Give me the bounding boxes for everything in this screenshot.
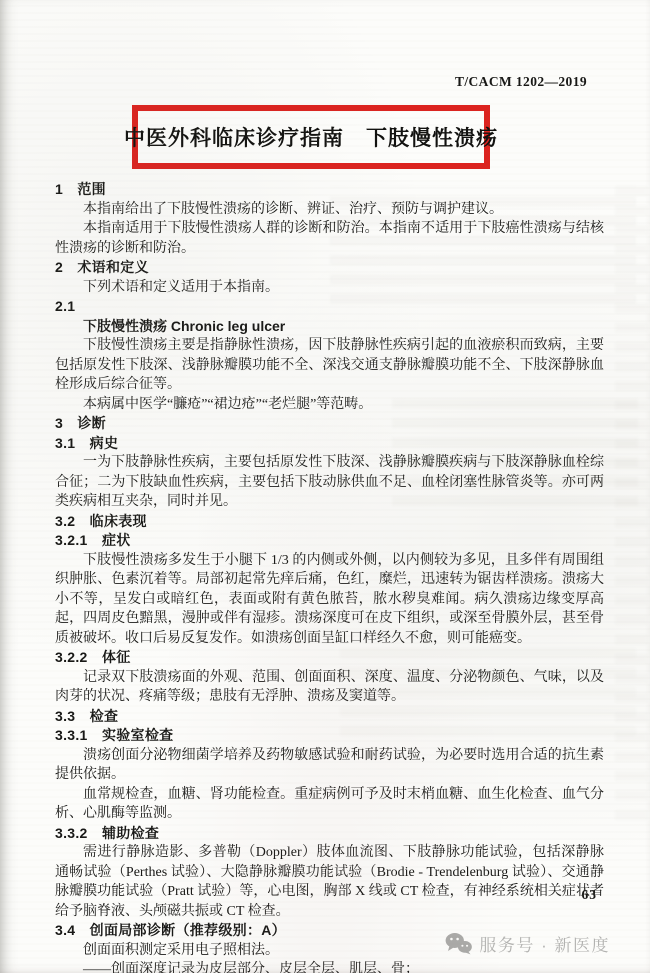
heading-3-3-examination: 3.3 检查 — [55, 707, 604, 727]
para-definition: 下肢慢性溃疡主要是指静脉性溃疡，因下肢静脉性疾病引起的血液瘀积而致病，主要包括原… — [55, 336, 604, 395]
para-signs: 记录双下肢溃疡面的外观、范围、创面面积、深度、温度、分泌物颜色、气味，以及肉芽的… — [55, 668, 604, 707]
heading-3-2-1-symptoms: 3.2.1 症状 — [55, 531, 604, 551]
page-number: 63 — [582, 887, 598, 903]
page-title: 中医外科临床诊疗指南 下肢慢性溃疡 — [124, 122, 498, 152]
heading-3-2-clinical: 3.2 临床表现 — [55, 512, 604, 532]
document-page: T/CACM 1202—2019 中医外科临床诊疗指南 下肢慢性溃疡 1 范围 … — [0, 0, 650, 973]
para-tcm-category: 本病属中医学“臁疮”“裙边疮”“老烂腿”等范畴。 — [55, 395, 604, 415]
para-history: 一为下肢静脉性疾病，主要包括原发性下肢深、浅静脉瓣膜疾病与下肢深静脉血栓综合征；… — [55, 453, 604, 512]
title-box: 中医外科临床诊疗指南 下肢慢性溃疡 — [132, 105, 490, 169]
bleed-through-texture — [615, 180, 647, 820]
para-lab-blood: 血常规检查，血糖、肾功能检查。重症病例可予及时末梢血糖、血生化检查、血气分析、心… — [55, 785, 604, 824]
heading-3-1-history: 3.1 病史 — [55, 434, 604, 454]
para-lab-culture: 溃疡创面分泌物细菌学培养及药物敏感试验和耐药试验，为必要时选用合适的抗生素提供依… — [55, 746, 604, 785]
watermark-label: 服务号 · 新医度 — [479, 931, 610, 956]
heading-3-2-2-signs: 3.2.2 体征 — [55, 648, 604, 668]
para-symptoms: 下肢慢性溃疡多发生于小腿下 1/3 的内侧或外侧，以内侧较为多见，且多伴有周围组… — [55, 551, 604, 649]
heading-3-3-2-auxiliary: 3.3.2 辅助检查 — [55, 824, 604, 844]
para-terms-intro: 下列术语和定义适用于本指南。 — [55, 278, 604, 298]
para-auxiliary-tests: 需进行静脉造影、多普勒（Doppler）肢体血流图、下肢静脉功能试验，包括深静脉… — [55, 843, 604, 921]
wechat-icon — [445, 932, 472, 955]
heading-3-3-1-lab: 3.3.1 实验室检查 — [55, 726, 604, 746]
heading-2-1: 2.1 — [55, 297, 604, 317]
term-chronic-leg-ulcer: 下肢慢性溃疡 Chronic leg ulcer — [55, 317, 604, 337]
para-scope-applicability: 本指南适用于下肢慢性溃疡人群的诊断和防治。本指南不适用于下肢癌性溃疡与结核性溃疡… — [55, 219, 604, 258]
para-wound-depth: ——创面深度记录为皮层部分、皮层全层、肌层、骨； — [55, 960, 604, 973]
service-account-watermark: 服务号 · 新医度 — [445, 931, 610, 956]
standard-code: T/CACM 1202—2019 — [455, 74, 587, 90]
document-body: 1 范围 本指南给出了下肢慢性溃疡的诊断、辨证、治疗、预防与调护建议。 本指南适… — [55, 180, 604, 973]
heading-1-scope: 1 范围 — [55, 180, 604, 200]
para-scope-intro: 本指南给出了下肢慢性溃疡的诊断、辨证、治疗、预防与调护建议。 — [55, 200, 604, 220]
heading-2-terms: 2 术语和定义 — [55, 258, 604, 278]
heading-3-diagnosis: 3 诊断 — [55, 414, 604, 434]
